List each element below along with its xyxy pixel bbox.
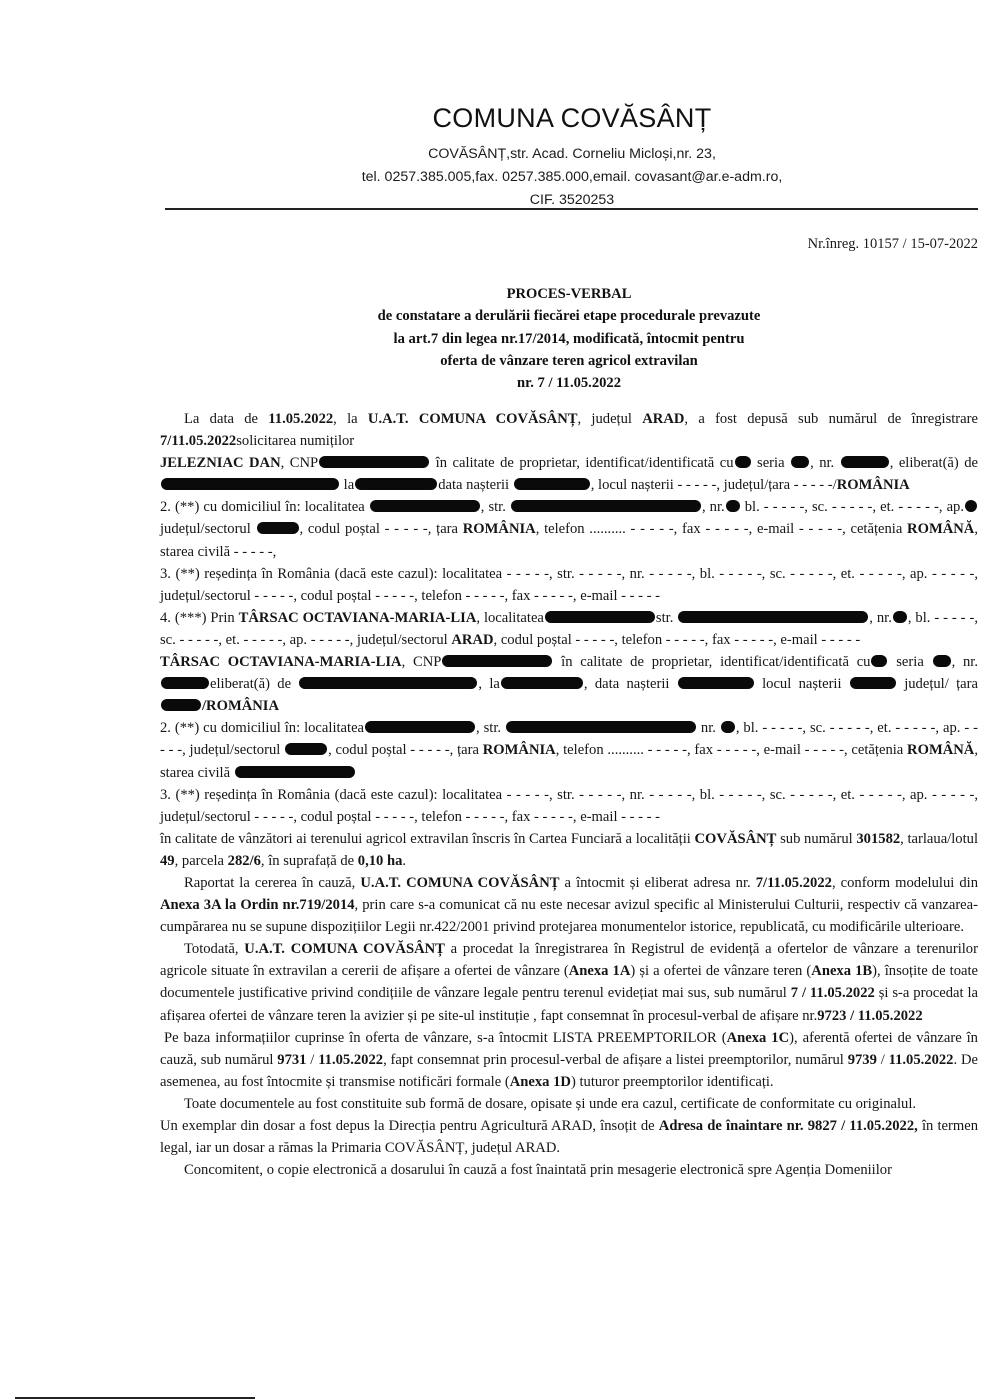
redaction-date (501, 677, 583, 689)
paragraph: 3. (**) reședința în România (dacă este … (160, 563, 978, 607)
text-run: , str. (476, 720, 505, 736)
title-number: nr. 7 / 11.05.2022 (160, 372, 978, 394)
text-run: sub numărul (776, 831, 856, 847)
text-run: , locul nașterii - - - - -, județul/țara… (591, 477, 837, 493)
redaction-country (161, 699, 201, 711)
text-run: seria (888, 654, 931, 670)
redaction-number (726, 500, 740, 512)
text-run: Totodată, (184, 941, 244, 957)
bold-text: Adresa de înaintare nr. 9827 / 11.05.202… (659, 1118, 918, 1134)
bold-text: ROMÂNIA (483, 742, 556, 758)
redaction-doc-type (871, 655, 887, 667)
text-run: , nr. (810, 455, 840, 471)
paragraph: Un exemplar din dosar a fost depus la Di… (160, 1115, 978, 1159)
redaction-county (257, 522, 299, 534)
title-line-1: de constatare a derulării fiecărei etape… (160, 305, 978, 327)
paragraph: Concomitent, o copie electronică a dosar… (160, 1159, 978, 1181)
text-run: , parcela (175, 853, 228, 869)
text-run: , telefon .......... - - - - -, fax - - … (556, 742, 907, 758)
bold-text: COVĂSÂNȚ (695, 831, 777, 847)
text-run: , CNP (281, 455, 319, 471)
paragraph: Raportat la cererea în cauză, U.A.T. COM… (160, 872, 978, 938)
bold-text: 11.05.2022 (318, 1052, 383, 1068)
redaction-birthdate (678, 677, 754, 689)
text-run: Raportat la cererea în cauză, (184, 875, 360, 891)
redaction-number (893, 611, 907, 623)
text-run: , nr. (702, 499, 725, 515)
title-line-2: la art.7 din legea nr.17/2014, modificat… (160, 328, 978, 350)
redaction-street (511, 500, 701, 512)
text-run: , CNP (402, 654, 442, 670)
footer-divider (15, 1397, 255, 1399)
bold-text: 7/11.05.2022 (756, 875, 832, 891)
text-run: eliberat(ă) de (210, 676, 298, 692)
bold-text: 9723 / 11.05.2022 (817, 1008, 922, 1024)
bold-text: ROMÂNĂ (907, 742, 974, 758)
text-run: 4. (***) Prin (160, 610, 239, 626)
text-run: , codul poștal - - - - -, telefon - - - … (494, 632, 861, 648)
redaction-number (721, 721, 735, 733)
redaction-birthdate (514, 478, 590, 490)
text-run: , în suprafață de (261, 853, 358, 869)
redaction-cnp (319, 456, 429, 468)
text-run: Un exemplar din dosar a fost depus la Di… (160, 1118, 659, 1134)
paragraph: Totodată, U.A.T. COMUNA COVĂSÂNȚ a proce… (160, 938, 978, 1026)
text-run: , fapt consemnat prin procesul-verbal de… (383, 1052, 848, 1068)
redaction-birthplace (850, 677, 896, 689)
redaction-nr (841, 456, 889, 468)
text-run: , localitatea (476, 610, 544, 626)
organization-cif: CIF. 3520253 (0, 192, 990, 208)
bold-text: TÂRSAC OCTAVIANA-MARIA-LIA (160, 654, 402, 670)
redaction-locality (370, 500, 480, 512)
text-run: / (306, 1052, 318, 1068)
text-run: , județul (578, 411, 643, 427)
redaction-issuer (161, 478, 339, 490)
bold-text: ROMÂNIA (837, 477, 910, 493)
text-run: bl. - - - - -, sc. - - - - -, et. - - - … (741, 499, 964, 515)
text-run: . (402, 853, 406, 869)
bold-text: 7 / 11.05.2022 (791, 985, 875, 1001)
redaction-seria (933, 655, 951, 667)
paragraph: La data de 11.05.2022, la U.A.T. COMUNA … (160, 408, 978, 452)
bold-text: Anexa 1C (727, 1030, 790, 1046)
text-run: , nr. (952, 654, 978, 670)
document-title: PROCES-VERBAL de constatare a derulării … (160, 283, 978, 394)
text-run: 2. (**) cu domiciliul în: localitatea (160, 720, 364, 736)
paragraph: 2. (**) cu domiciliul în: localitatea, s… (160, 717, 978, 783)
document-body: La data de 11.05.2022, la U.A.T. COMUNA … (160, 408, 978, 1181)
title-heading: PROCES-VERBAL (160, 283, 978, 305)
text-run: ) și a ofertei de vânzare teren ( (630, 963, 811, 979)
redaction-locality (545, 611, 655, 623)
bold-text: Anexa 1B (811, 963, 872, 979)
text-run: nr. (697, 720, 720, 736)
text-run: data nașterii (438, 477, 513, 493)
text-run: Pe baza informațiilor cuprinse în oferta… (164, 1030, 727, 1046)
bold-text: 301582 (856, 831, 900, 847)
text-run: , conform modelului din (832, 875, 978, 891)
bold-text: U.A.T. COMUNA COVĂSÂNȚ (368, 411, 578, 427)
bold-text: 7/11.05.2022 (160, 433, 236, 449)
paragraph: TÂRSAC OCTAVIANA-MARIA-LIA, CNP în calit… (160, 651, 978, 717)
bold-text: JELEZNIAC DAN (160, 455, 281, 471)
paragraph: Toate documentele au fost constituite su… (160, 1093, 978, 1115)
bold-text: ARAD (642, 411, 684, 427)
text-run: str. (656, 610, 677, 626)
redaction-nr (161, 677, 209, 689)
bold-text: U.A.T. COMUNA COVĂSÂNȚ (360, 875, 559, 891)
text-run: ) tuturor preemptorilor identificați. (571, 1074, 774, 1090)
text-run: , telefon .......... - - - - -, fax - - … (536, 521, 907, 537)
redaction-county (285, 743, 327, 755)
bold-text: 11.05.2022 (268, 411, 333, 427)
text-run: 2. (**) cu domiciliul în: localitatea (160, 499, 369, 515)
text-run: a întocmit și eliberat adresa nr. (560, 875, 756, 891)
text-run: , codul poștal - - - - -, țara (328, 742, 483, 758)
redaction-doc-type (735, 456, 751, 468)
text-run: , codul poștal - - - - -, țara (300, 521, 463, 537)
paragraph: 3. (**) reședința în România (dacă este … (160, 784, 978, 828)
text-run: seria (752, 455, 791, 471)
redaction-street (506, 721, 696, 733)
bold-text: /ROMÂNIA (202, 698, 279, 714)
redaction-ap (965, 500, 977, 512)
redaction-issuer (299, 677, 477, 689)
bold-text: ROMÂNĂ (907, 521, 974, 537)
text-run: , a fost depusă sub numărul de înregistr… (684, 411, 978, 427)
text-run: , eliberat(ă) de (890, 455, 978, 471)
redaction-date (355, 478, 437, 490)
bold-text: 11.05.2022 (889, 1052, 954, 1068)
bold-text: Anexa 1A (569, 963, 631, 979)
header-divider (165, 208, 978, 210)
text-run: 3. (**) reședința în România (dacă este … (160, 566, 978, 604)
paragraph: 2. (**) cu domiciliul în: localitatea , … (160, 496, 978, 562)
redaction-locality (365, 721, 475, 733)
text-run: / (877, 1052, 889, 1068)
text-run: județul/sectorul (160, 521, 256, 537)
bold-text: Anexa 1D (510, 1074, 571, 1090)
redaction-civil-status (235, 766, 355, 778)
registration-number: Nr.înreg. 10157 / 15-07-2022 (808, 236, 978, 253)
bold-text: TÂRSAC OCTAVIANA-MARIA-LIA (239, 610, 477, 626)
bold-text: Anexa 3A la Ordin nr.719/2014 (160, 897, 355, 913)
text-run: la (340, 477, 354, 493)
bold-text: U.A.T. COMUNA COVĂSÂNȚ (244, 941, 445, 957)
text-run: în calitate de proprietar, identificat/i… (430, 455, 733, 471)
paragraph: JELEZNIAC DAN, CNP în calitate de propri… (160, 452, 978, 496)
paragraph: în calitate de vânzători ai terenului ag… (160, 828, 978, 872)
redaction-seria (791, 456, 809, 468)
paragraph: 4. (***) Prin TÂRSAC OCTAVIANA-MARIA-LIA… (160, 607, 978, 651)
title-line-3: oferta de vânzare teren agricol extravil… (160, 350, 978, 372)
organization-contact: tel. 0257.385.005,fax. 0257.385.000,emai… (0, 169, 990, 185)
bold-text: 9731 (277, 1052, 306, 1068)
text-run: 3. (**) reședința în România (dacă este … (160, 787, 978, 825)
text-run: în calitate de proprietar, identificat/i… (553, 654, 870, 670)
paragraph: Pe baza informațiilor cuprinse în oferta… (160, 1027, 978, 1093)
text-run: Concomitent, o copie electronică a dosar… (184, 1162, 892, 1178)
organization-address: COVĂSÂNȚ,str. Acad. Corneliu Micloși,nr.… (0, 146, 990, 162)
bold-text: ROMÂNIA (463, 521, 536, 537)
bold-text: 282/6 (228, 853, 261, 869)
bold-text: ARAD (451, 632, 493, 648)
text-run: , nr. (869, 610, 892, 626)
bold-text: 0,10 ha (358, 853, 403, 869)
organization-name: COMUNA COVĂSÂNȚ (0, 103, 990, 134)
text-run: în calitate de vânzători ai terenului ag… (160, 831, 695, 847)
text-run: , data nașterii (584, 676, 677, 692)
text-run: , la (333, 411, 368, 427)
text-run: solicitarea numiților (236, 433, 354, 449)
text-run: locul nașterii (755, 676, 849, 692)
redaction-street (678, 611, 868, 623)
bold-text: 9739 (848, 1052, 877, 1068)
text-run: , str. (481, 499, 510, 515)
text-run: Toate documentele au fost constituite su… (184, 1096, 916, 1112)
text-run: județul/ țara (897, 676, 978, 692)
text-run: , la (478, 676, 500, 692)
redaction-cnp (442, 655, 552, 667)
bold-text: 49 (160, 853, 175, 869)
text-run: , tarlaua/lotul (900, 831, 978, 847)
text-run: La data de (184, 411, 268, 427)
